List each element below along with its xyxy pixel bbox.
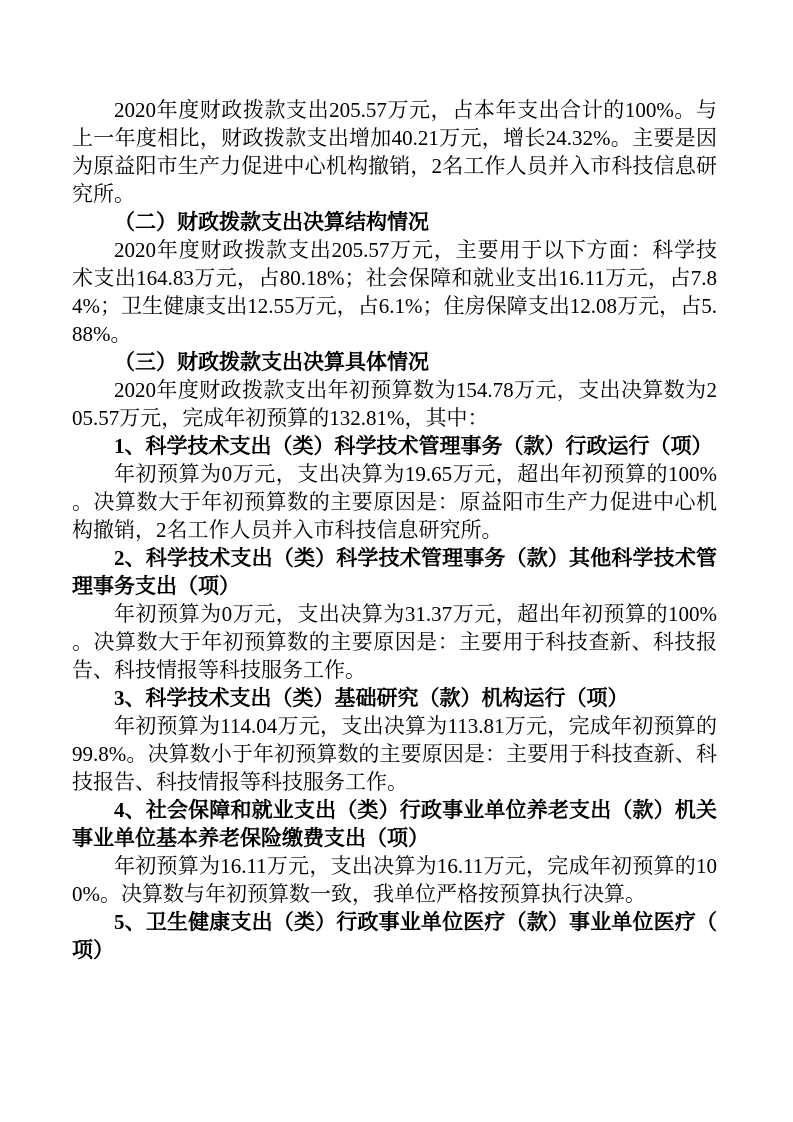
section-heading: （二）财政拨款支出决算结构情况 [72,208,717,236]
body-paragraph: 年初预算为114.04万元，支出决算为113.81万元，完成年初预算的99.8%… [72,712,717,796]
section-heading: 3、科学技术支出（类）基础研究（款）机构运行（项） [72,684,717,712]
document-body: 2020年度财政拨款支出205.57万元，占本年支出合计的100%。与上一年度相… [72,96,717,964]
body-paragraph: 2020年度财政拨款支出205.57万元，占本年支出合计的100%。与上一年度相… [72,96,717,208]
body-paragraph: 年初预算为16.11万元，支出决算为16.11万元，完成年初预算的100%。决算… [72,852,717,908]
document-page: 2020年度财政拨款支出205.57万元，占本年支出合计的100%。与上一年度相… [0,0,793,1122]
section-heading: 5、卫生健康支出（类）行政事业单位医疗（款）事业单位医疗（项） [72,908,717,964]
section-heading: 2、科学技术支出（类）科学技术管理事务（款）其他科学技术管理事务支出（项） [72,544,717,600]
section-heading: 1、科学技术支出（类）科学技术管理事务（款）行政运行（项） [72,432,717,460]
body-paragraph: 2020年度财政拨款支出年初预算数为154.78万元，支出决算数为205.57万… [72,376,717,432]
section-heading: 4、社会保障和就业支出（类）行政事业单位养老支出（款）机关事业单位基本养老保险缴… [72,796,717,852]
body-paragraph: 年初预算为0万元，支出决算为19.65万元，超出年初预算的100%。决算数大于年… [72,460,717,544]
section-heading: （三）财政拨款支出决算具体情况 [72,348,717,376]
body-paragraph: 年初预算为0万元，支出决算为31.37万元，超出年初预算的100%。决算数大于年… [72,600,717,684]
body-paragraph: 2020年度财政拨款支出205.57万元，主要用于以下方面：科学技术支出164.… [72,236,717,348]
